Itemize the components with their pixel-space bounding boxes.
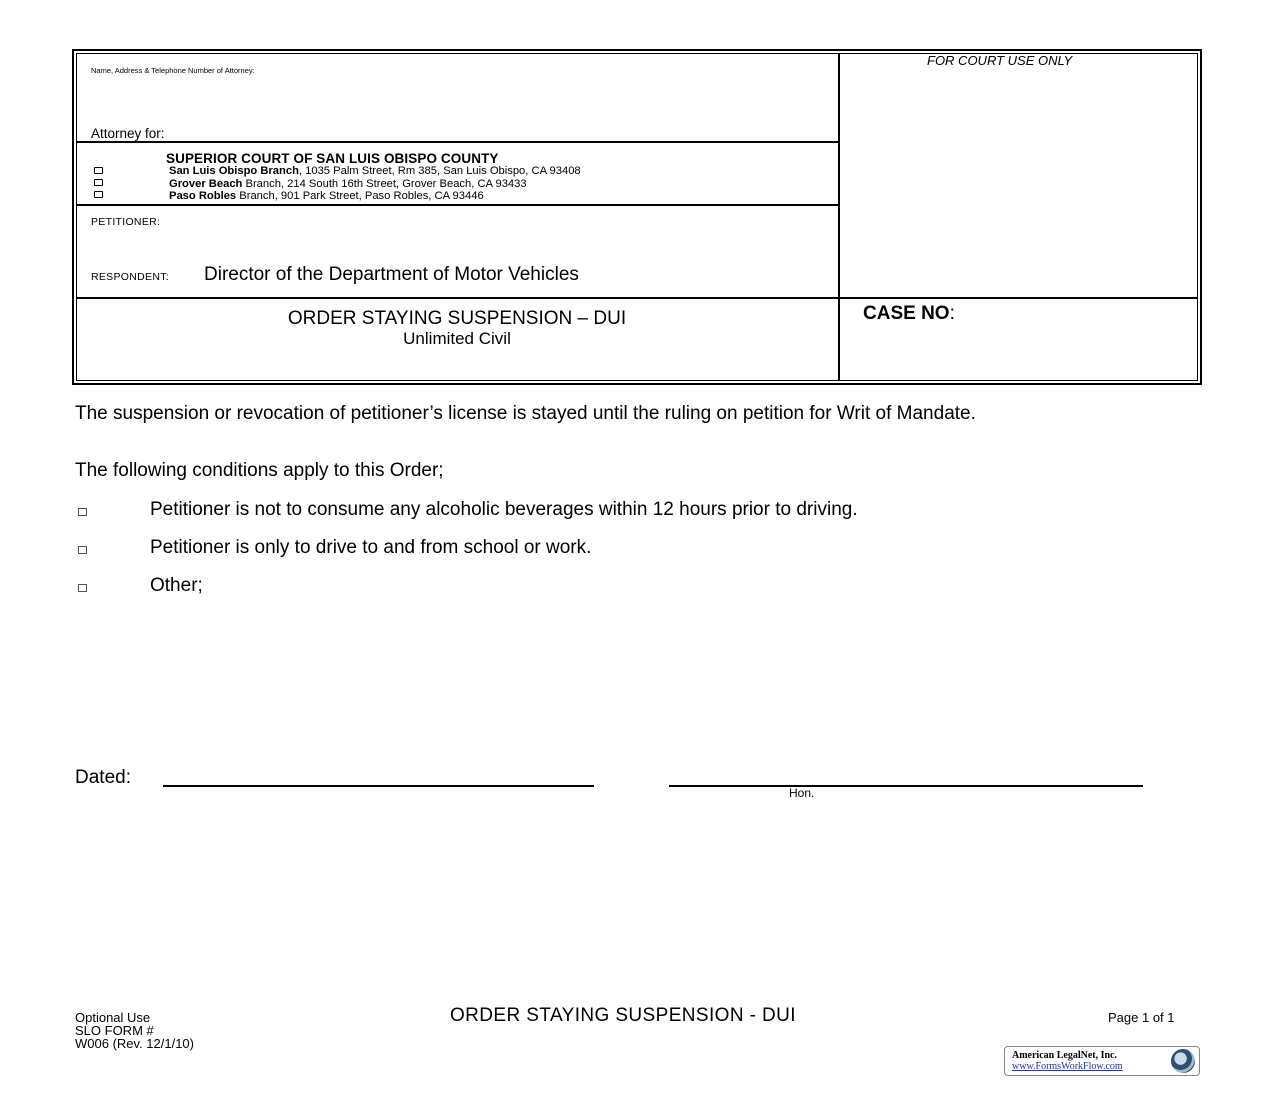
branch-checkbox-grover-beach[interactable] — [94, 179, 103, 186]
page-number: Page 1 of 1 — [1108, 1010, 1175, 1025]
petitioner-label: PETITIONER: — [91, 216, 160, 228]
attorney-info-field[interactable] — [90, 78, 830, 122]
court-name: SUPERIOR COURT OF SAN LUIS OBISPO COUNTY — [166, 151, 499, 166]
condition-other: Other; — [150, 576, 203, 596]
for-court-use-label: FOR COURT USE ONLY — [927, 53, 1072, 68]
case-no-colon: : — [950, 303, 955, 324]
footer-form-title: ORDER STAYING SUSPENSION - DUI — [450, 1005, 796, 1027]
condition-checkbox-school-work[interactable] — [78, 546, 87, 554]
form-title: ORDER STAYING SUSPENSION – DUI — [76, 308, 838, 330]
badge-website-link[interactable]: www.FormsWorkFlow.com — [1012, 1061, 1123, 1072]
condition-checkbox-no-alcohol[interactable] — [78, 508, 87, 516]
judge-title-label: Hon. — [789, 786, 814, 800]
judge-signature-field[interactable] — [669, 766, 1143, 784]
dated-underline — [163, 785, 594, 787]
branch-san-luis-obispo: San Luis Obispo Branch, 1035 Palm Street… — [169, 165, 581, 177]
branch-checkbox-san-luis-obispo[interactable] — [94, 167, 103, 174]
dated-label: Dated: — [75, 768, 131, 788]
condition-no-alcohol: Petitioner is not to consume any alcohol… — [150, 500, 858, 520]
respondent-value: Director of the Department of Motor Vehi… — [204, 264, 579, 286]
branch-address: Branch, 214 South 16th Street, Grover Be… — [242, 178, 526, 190]
caption-column-divider — [838, 53, 840, 381]
court-section-divider — [76, 204, 839, 206]
conditions-intro: The following conditions apply to this O… — [75, 461, 444, 481]
american-legalnet-badge[interactable]: American LegalNet, Inc. www.FormsWorkFlo… — [1004, 1046, 1200, 1076]
branch-grover-beach: Grover Beach Branch, 214 South 16th Stre… — [169, 178, 527, 190]
condition-checkbox-other[interactable] — [78, 584, 87, 592]
judge-signature-line — [669, 785, 1143, 787]
attorney-section-divider — [76, 141, 839, 143]
attorney-for-label: Attorney for: — [91, 126, 165, 141]
other-condition-field[interactable] — [230, 576, 1180, 716]
globe-logo-icon — [1171, 1049, 1195, 1073]
respondent-label: RESPONDENT: — [91, 271, 169, 283]
branch-address: Branch, 901 Park Street, Paso Robles, CA… — [236, 190, 484, 202]
stay-order-paragraph: The suspension or revocation of petition… — [75, 404, 1180, 424]
case-number-field[interactable] — [990, 303, 1190, 325]
branch-checkbox-paso-robles[interactable] — [94, 191, 103, 198]
condition-school-work: Petitioner is only to drive to and from … — [150, 538, 591, 558]
badge-company-name: American LegalNet, Inc. — [1012, 1050, 1117, 1061]
branch-name: San Luis Obispo Branch — [169, 165, 299, 177]
petitioner-field[interactable] — [190, 212, 820, 232]
case-number-label: CASE NO: — [863, 303, 955, 325]
case-no-text: CASE NO — [863, 303, 950, 324]
title-row-divider — [76, 297, 1198, 299]
dated-field[interactable] — [163, 766, 593, 784]
attorney-info-label: Name, Address & Telephone Number of Atto… — [91, 66, 255, 75]
branch-name: Grover Beach — [169, 178, 242, 190]
branch-paso-robles: Paso Robles Branch, 901 Park Street, Pas… — [169, 190, 484, 202]
footer-form-revision: W006 (Rev. 12/1/10) — [75, 1037, 194, 1050]
branch-name: Paso Robles — [169, 190, 236, 202]
branch-address: , 1035 Palm Street, Rm 385, San Luis Obi… — [299, 165, 581, 177]
form-subtitle: Unlimited Civil — [76, 329, 838, 349]
